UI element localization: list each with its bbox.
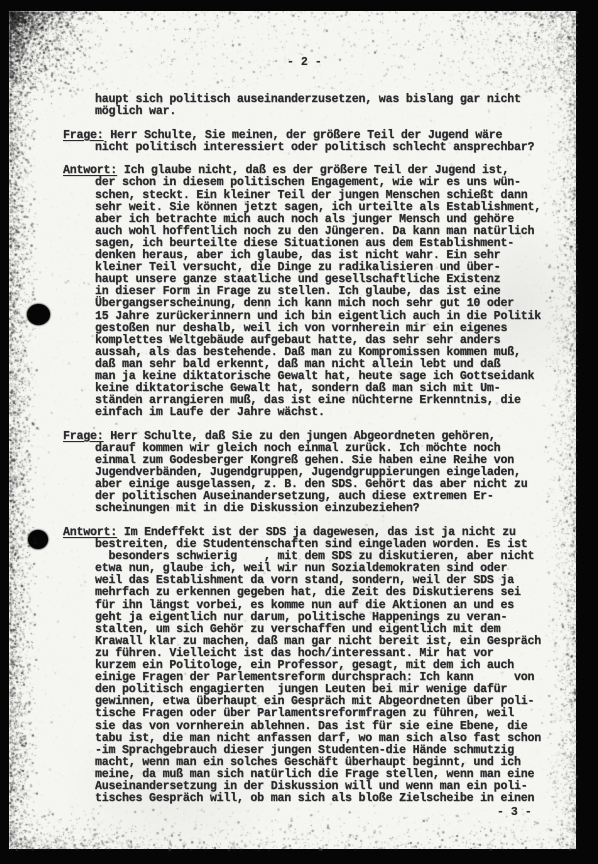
text-line: möglich war. [95,106,598,118]
hole-punch-top [27,304,50,325]
paper-sheet: - 2 - haupt sich politisch auseinanderzu… [9,11,576,849]
text-line: Übergangserscheinung, denn ich kann mich… [95,298,598,310]
text-line: tisches Gespräch will, ob man sich als b… [95,793,598,805]
document-text: haupt sich politisch auseinanderzusetzen… [63,94,598,805]
speaker-label: Antwort: [63,164,117,177]
hole-punch-bottom [28,530,48,549]
page-number-top: - 2 - [287,56,322,69]
speaker-label: Antwort: [63,526,117,539]
text-line: der schon in diesem politischen Engageme… [95,177,598,189]
text-line: tische Fragen oder über Parlamentsreform… [95,708,598,720]
speaker-label: Frage: [63,430,104,443]
text-line: nicht politisch interessiert oder politi… [95,142,598,154]
text-line: geht ja eigentlich nur darum, politische… [95,612,598,624]
scanned-document-page: - 2 - haupt sich politisch auseinanderzu… [0,0,598,864]
continuation-paragraph: haupt sich politisch auseinanderzusetzen… [95,94,598,118]
speaker-label: Frage: [63,129,104,142]
text-line: schen, steckt. Ein kleiner Teil der jung… [95,190,598,202]
text-line: komplettes Weltgebäude aufgebaut hatte, … [95,335,598,347]
text-line: tabu ist, die man nicht anfassen darf, w… [95,733,598,745]
text-line: für ihn längst vorbei, es komme nun auf … [95,600,598,612]
qa-paragraph: Frage: Herr Schulte, Sie meinen, der grö… [95,130,598,154]
text-line: 15 Jahre zurückerinnern und ich bin eige… [95,311,598,323]
qa-paragraph: Antwort: Ich glaube nicht, daß es der gr… [95,165,598,419]
page-number-bottom: - 3 - [497,806,532,819]
qa-paragraph: Frage: Herr Schulte, daß Sie zu den jung… [95,431,598,516]
text-line: Frage: Herr Schulte, Sie meinen, der grö… [63,130,598,142]
text-line: scheinungen mit in die Diskussion einzub… [95,503,598,515]
text-line: sehr weit. Sie können jetzt sagen, ich u… [95,202,598,214]
qa-paragraph: Antwort: Im Endeffekt ist der SDS ja dag… [95,527,598,805]
text-line: mehrfach zu erkennen gegeben hat, die Ze… [95,587,598,599]
text-line: gestoßen nur deshalb, weil ich von vornh… [95,323,598,335]
text-line: -im Sprachgebrauch dieser jungen Student… [95,745,598,757]
text-line: sie das von vornherein ablehnen. Das ist… [95,721,598,733]
text-line: einfach im Laufe der Jahre wächst. [95,407,598,419]
